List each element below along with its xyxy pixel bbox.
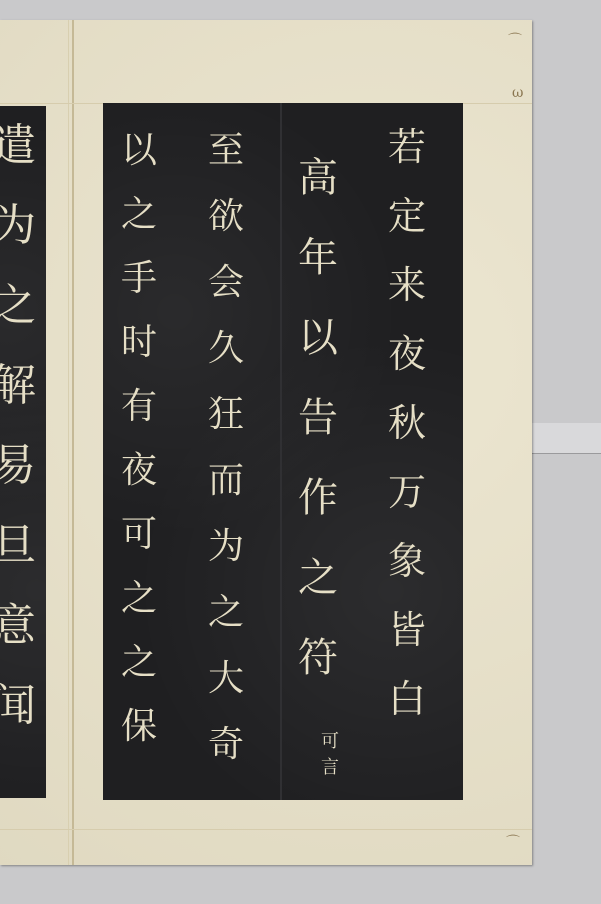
character: 告	[298, 398, 338, 438]
character: 以	[121, 133, 157, 169]
character: 若	[388, 128, 426, 166]
character: 之	[0, 284, 36, 328]
right-rubbing-panel: 若 定 来 夜 秋 万 象 皆 白 高 年 以 告 作 之 符 可 言 至 欲 …	[103, 103, 463, 800]
character: 可	[321, 733, 339, 751]
column-1: 若 定 来 夜 秋 万 象 皆 白	[388, 128, 426, 718]
character: 而	[208, 463, 244, 499]
panel-seam	[280, 103, 282, 800]
character: 为	[208, 529, 244, 565]
character: 狂	[208, 397, 244, 433]
character: 定	[388, 197, 426, 235]
background-band	[532, 423, 601, 454]
character: 手	[121, 261, 157, 297]
character: 旦	[0, 524, 36, 568]
small-annotation: 可 言	[321, 733, 339, 777]
character: 秋	[388, 404, 426, 442]
left-rubbing-panel: 遣 为 之 解 易 旦 意 闻	[0, 106, 46, 798]
character: 之	[298, 558, 338, 598]
character: 意	[0, 604, 36, 648]
character: 高	[298, 158, 338, 198]
paper-damage-mark: ω	[512, 85, 523, 101]
column-3: 至 欲 会 久 狂 而 为 之 大 奇	[208, 133, 244, 763]
character: 有	[121, 389, 157, 425]
character: 之	[121, 581, 157, 617]
character: 之	[208, 595, 244, 631]
character: 久	[208, 331, 244, 367]
character: 年	[298, 238, 338, 278]
character: 大	[208, 661, 244, 697]
character: 符	[298, 638, 338, 678]
character: 夜	[388, 335, 426, 373]
character: 白	[388, 680, 426, 718]
character: 象	[388, 542, 426, 580]
character: 易	[0, 444, 36, 488]
character: 遣	[0, 124, 36, 168]
character: 闻	[0, 684, 36, 728]
character: 至	[208, 133, 244, 169]
character: 来	[388, 266, 426, 304]
character: 夜	[121, 453, 157, 489]
character: 为	[0, 204, 36, 248]
character: 之	[121, 197, 157, 233]
character: 以	[298, 318, 338, 358]
character: 可	[121, 517, 157, 553]
column-2: 高 年 以 告 作 之 符	[298, 158, 338, 678]
character: 作	[298, 478, 338, 518]
character: 奇	[208, 727, 244, 763]
character: 皆	[388, 611, 426, 649]
paper-damage-mark: ⌒	[506, 832, 520, 852]
page-fold-shadow	[68, 20, 69, 865]
column-4: 以 之 手 时 有 夜 可 之 之 保	[121, 133, 157, 745]
left-column-1: 遣 为 之 解 易 旦 意 闻	[0, 124, 36, 728]
character: 万	[388, 473, 426, 511]
character: 会	[208, 265, 244, 301]
paper-crease-bottom	[0, 829, 532, 830]
character: 解	[0, 364, 36, 408]
page-fold-line	[72, 20, 74, 865]
paper-damage-mark: ⌒	[508, 30, 522, 50]
character: 时	[121, 325, 157, 361]
character: 保	[121, 709, 157, 745]
character: 欲	[208, 199, 244, 235]
character: 之	[121, 645, 157, 681]
character: 言	[321, 759, 339, 777]
